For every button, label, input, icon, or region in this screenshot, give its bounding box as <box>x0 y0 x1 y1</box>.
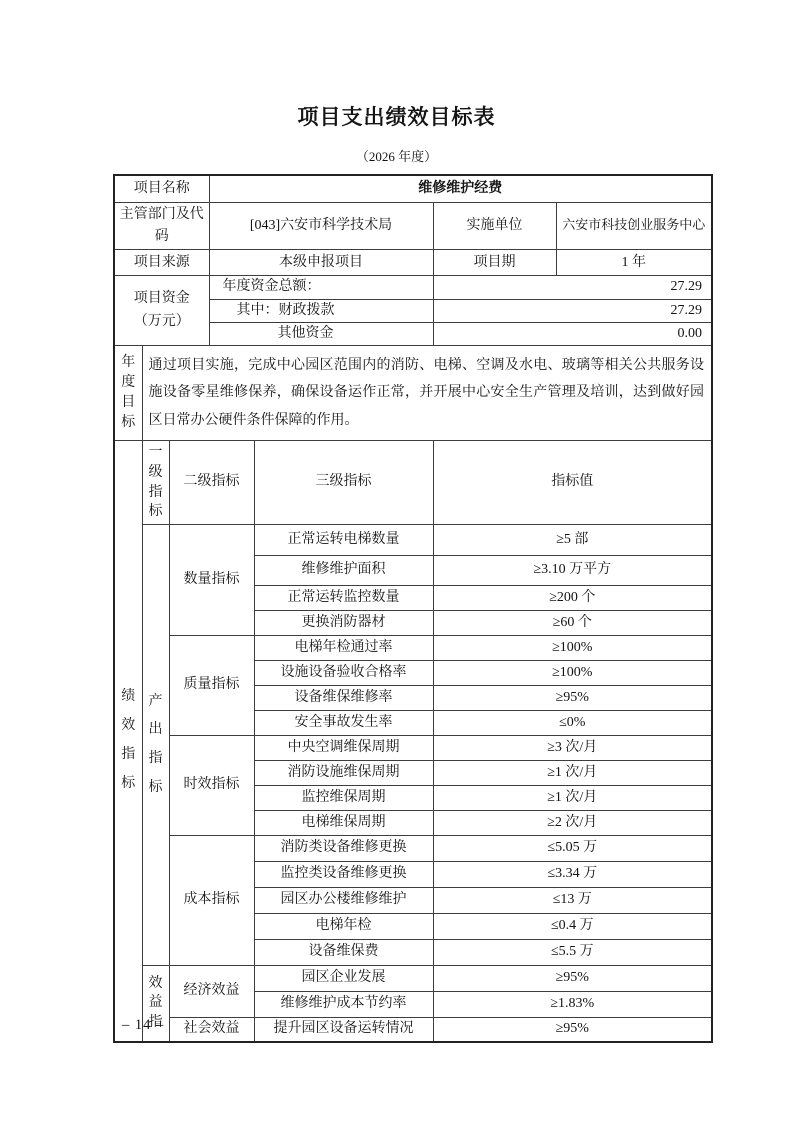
level2-cell: 成本指标 <box>169 836 254 966</box>
period-label: 项目期 <box>433 250 556 276</box>
row-annual-goal: 年度目标 通过项目实施，完成中心园区范围内的消防、电梯、空调及水电、玻璃等相关公… <box>114 346 712 441</box>
header-value: 指标值 <box>433 441 712 525</box>
header-level3: 三级指标 <box>254 441 433 525</box>
funding-fiscal-label: 其中：财政拨款 <box>209 299 433 322</box>
indicator-value-cell: ≤0.4 万 <box>433 914 712 940</box>
indicator-value-cell: ≥3 次/月 <box>433 736 712 761</box>
row-source: 项目来源 本级申报项目 项目期 1 年 <box>114 250 712 276</box>
indicator-value-cell: ≤5.5 万 <box>433 940 712 966</box>
indicator-value-cell: ≥60 个 <box>433 611 712 636</box>
indicator-value-cell: ≥1.83% <box>433 992 712 1018</box>
indicator-value-cell: ≤5.05 万 <box>433 836 712 862</box>
indicator-name-cell: 设备维保维修率 <box>254 686 433 711</box>
indicator-name-cell: 安全事故发生率 <box>254 711 433 736</box>
row-funding-total: 项目资金 （万元） 年度资金总额： 27.29 <box>114 276 712 299</box>
indicator-row: 效益指 经济效益 园区企业发展 ≥95% <box>114 966 712 992</box>
indicator-name-cell: 园区办公楼维修维护 <box>254 888 433 914</box>
source-value: 本级申报项目 <box>209 250 433 276</box>
indicator-name-cell: 设备维保费 <box>254 940 433 966</box>
indicator-name-cell: 消防设施维保周期 <box>254 761 433 786</box>
indicator-value-cell: ≥100% <box>433 661 712 686</box>
row-dept: 主管部门及代码 [043]六安市科学技术局 实施单位 六安市科技创业服务中心 <box>114 202 712 250</box>
level2-cell: 质量指标 <box>169 636 254 736</box>
header-level2: 二级指标 <box>169 441 254 525</box>
indicator-name-cell: 电梯维保周期 <box>254 811 433 836</box>
indicator-value-cell: ≥100% <box>433 636 712 661</box>
row-indicator-header: 绩效指标 一级指标 二级指标 三级指标 指标值 <box>114 441 712 525</box>
annual-goal-text: 通过项目实施，完成中心园区范围内的消防、电梯、空调及水电、玻璃等相关公共服务设施… <box>142 346 712 441</box>
funding-fiscal-value: 27.29 <box>433 299 712 322</box>
indicator-value-cell: ≥95% <box>433 686 712 711</box>
row-project-name: 项目名称 维修维护经费 <box>114 175 712 202</box>
indicator-value-cell: ≥200 个 <box>433 586 712 611</box>
dept-label: 主管部门及代码 <box>114 202 209 250</box>
annual-goal-label: 年度目标 <box>114 346 142 441</box>
level2-cell: 时效指标 <box>169 736 254 836</box>
indicator-name-cell: 园区企业发展 <box>254 966 433 992</box>
dept-value: [043]六安市科学技术局 <box>209 202 433 250</box>
indicator-value-cell: ≤3.34 万 <box>433 862 712 888</box>
indicator-name-cell: 正常运转监控数量 <box>254 586 433 611</box>
level2-cell: 社会效益 <box>169 1018 254 1042</box>
indicator-row: 时效指标 中央空调维保周期 ≥3 次/月 <box>114 736 712 761</box>
level1-cell: 产出指标 <box>142 525 169 966</box>
indicator-value-cell: ≥2 次/月 <box>433 811 712 836</box>
project-name-label: 项目名称 <box>114 175 209 202</box>
indicator-value-cell: ≤13 万 <box>433 888 712 914</box>
period-value: 1 年 <box>556 250 712 276</box>
indicator-value-cell: ≥5 部 <box>433 525 712 556</box>
indicator-value-cell: ≥95% <box>433 1018 712 1042</box>
indicator-value-cell: ≤0% <box>433 711 712 736</box>
project-name-value: 维修维护经费 <box>209 175 712 202</box>
indicator-value-cell: ≥3.10 万平方 <box>433 556 712 586</box>
indicator-row: 产出指标 数量指标 正常运转电梯数量 ≥5 部 <box>114 525 712 556</box>
level2-cell: 数量指标 <box>169 525 254 636</box>
indicator-value-cell: ≥95% <box>433 966 712 992</box>
funding-total-label: 年度资金总额： <box>209 276 433 299</box>
impl-unit-label: 实施单位 <box>433 202 556 250</box>
performance-target-table: 项目名称 维修维护经费 主管部门及代码 [043]六安市科学技术局 实施单位 六… <box>113 174 713 1043</box>
indicator-name-cell: 监控类设备维修更换 <box>254 862 433 888</box>
funding-other-value: 0.00 <box>433 322 712 345</box>
indicator-name-cell: 中央空调维保周期 <box>254 736 433 761</box>
funding-other-label: 其他资金 <box>209 322 433 345</box>
indicator-row: 质量指标 电梯年检通过率 ≥100% <box>114 636 712 661</box>
funding-label: 项目资金 （万元） <box>114 276 209 346</box>
funding-total-value: 27.29 <box>433 276 712 299</box>
header-level1: 一级指标 <box>142 441 169 525</box>
indicators-section-label: 绩效指标 <box>114 441 142 1042</box>
impl-unit-value: 六安市科技创业服务中心 <box>556 202 712 250</box>
indicator-row: 社会效益 提升园区设备运转情况 ≥95% <box>114 1018 712 1042</box>
indicator-value-cell: ≥1 次/月 <box>433 786 712 811</box>
indicator-name-cell: 消防类设备维修更换 <box>254 836 433 862</box>
indicator-name-cell: 更换消防器材 <box>254 611 433 636</box>
indicator-name-cell: 维修维护成本节约率 <box>254 992 433 1018</box>
level2-cell: 经济效益 <box>169 966 254 1018</box>
page-number: – 14 – <box>122 1017 164 1034</box>
indicator-value-cell: ≥1 次/月 <box>433 761 712 786</box>
indicator-name-cell: 电梯年检 <box>254 914 433 940</box>
page-title: 项目支出绩效目标表 <box>0 0 793 131</box>
indicator-row: 成本指标 消防类设备维修更换 ≤5.05 万 <box>114 836 712 862</box>
indicator-name-cell: 提升园区设备运转情况 <box>254 1018 433 1042</box>
indicator-name-cell: 电梯年检通过率 <box>254 636 433 661</box>
source-label: 项目来源 <box>114 250 209 276</box>
indicator-name-cell: 设施设备验收合格率 <box>254 661 433 686</box>
indicator-name-cell: 正常运转电梯数量 <box>254 525 433 556</box>
indicator-name-cell: 维修维护面积 <box>254 556 433 586</box>
page-subtitle: （2026 年度） <box>0 146 793 165</box>
indicator-name-cell: 监控维保周期 <box>254 786 433 811</box>
